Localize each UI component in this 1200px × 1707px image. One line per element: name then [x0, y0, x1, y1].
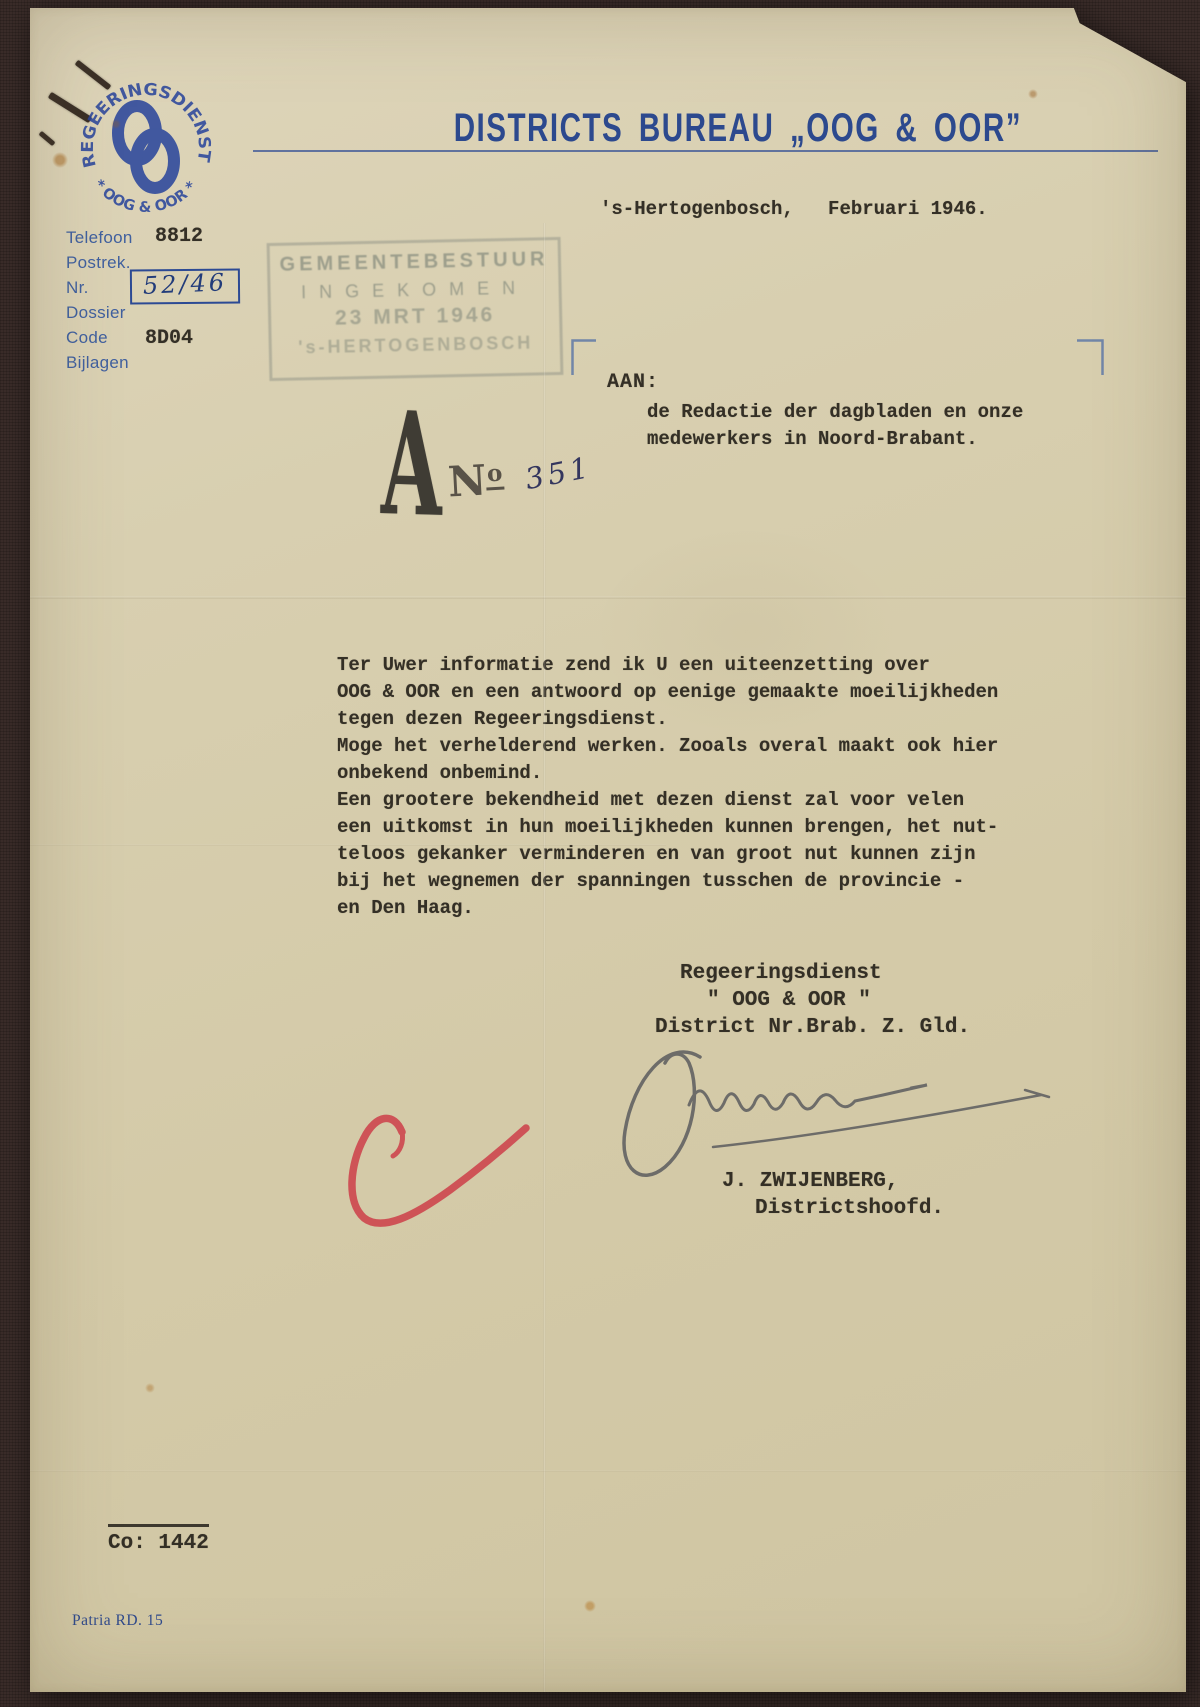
photographed-letter-scene: REGEERINGSDIENST * OOG & OOR * DISTRICTS…: [0, 0, 1200, 1707]
letter-sheet-wrap: REGEERINGSDIENST * OOG & OOR * DISTRICTS…: [30, 8, 1186, 1692]
letter-sheet: REGEERINGSDIENST * OOG & OOR * DISTRICTS…: [30, 8, 1186, 1692]
paper-vignette: [30, 8, 1186, 1692]
